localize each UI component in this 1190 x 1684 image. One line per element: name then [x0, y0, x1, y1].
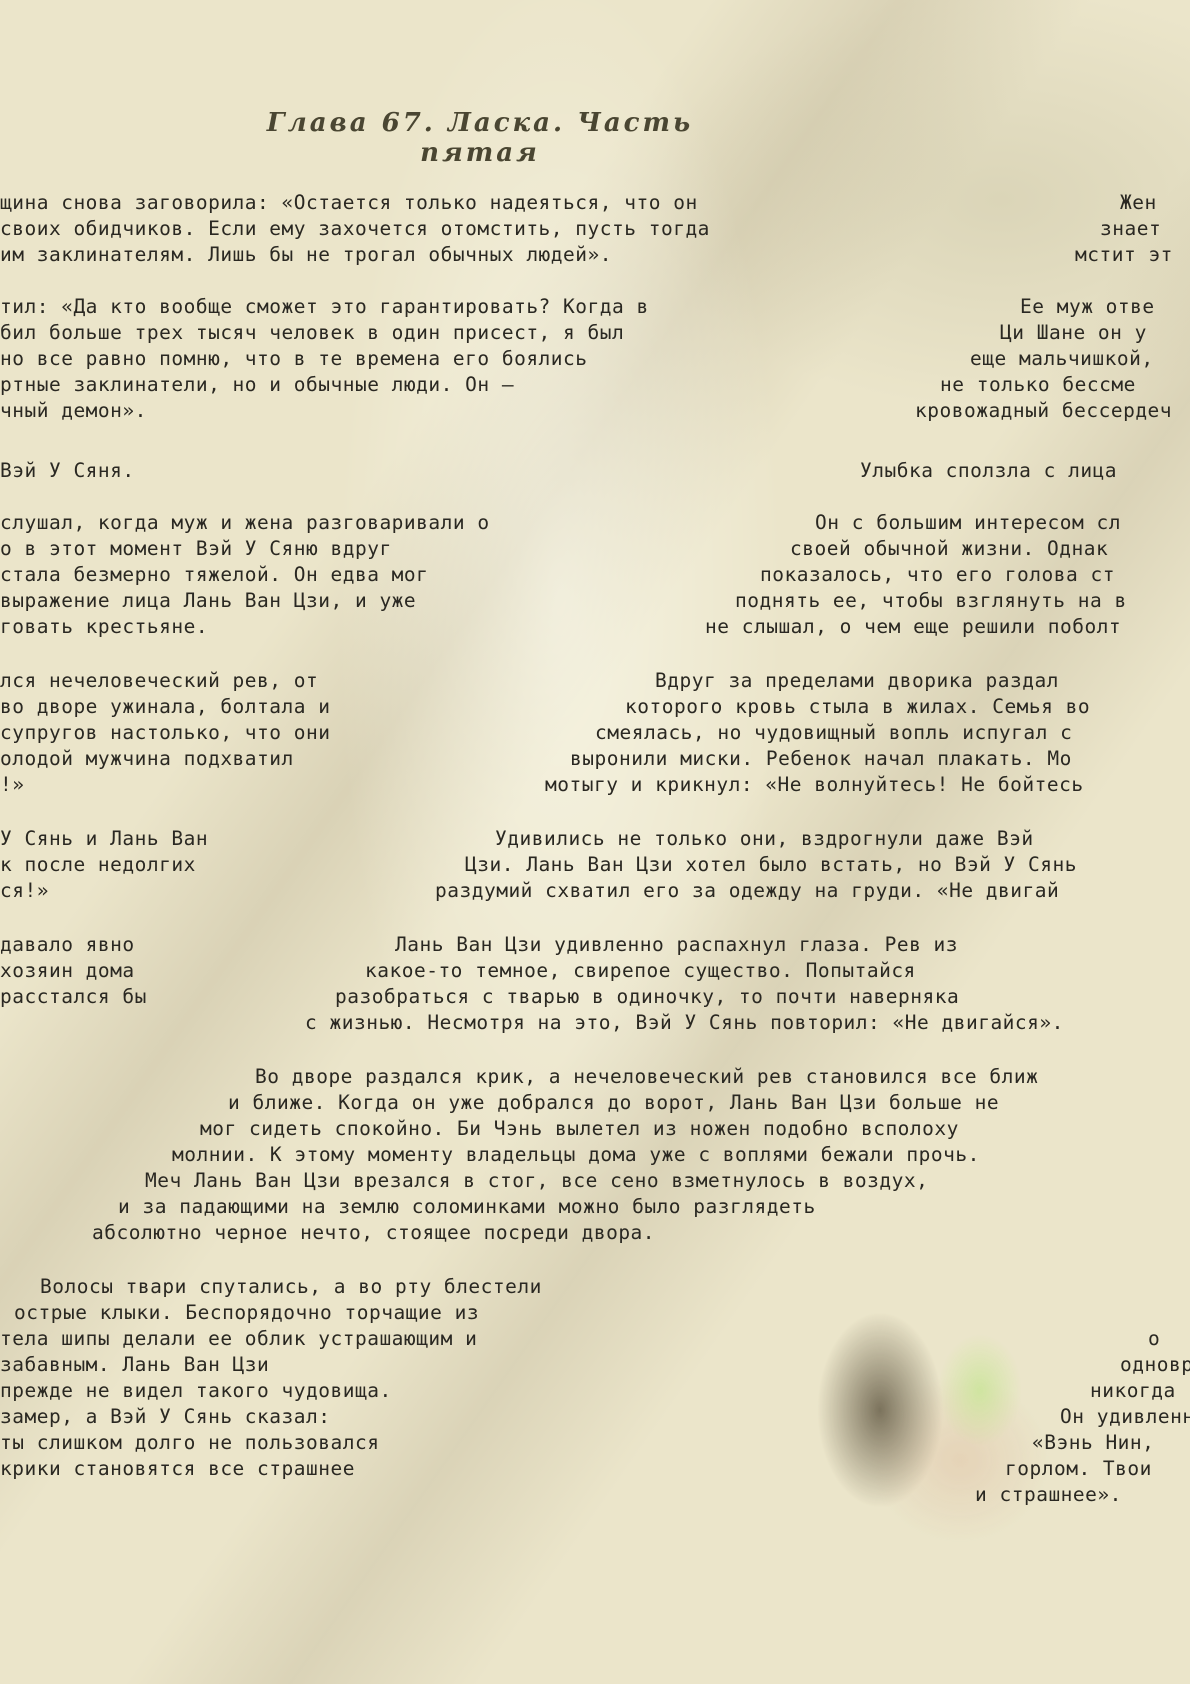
text-line: раздумий схватил его за одежду на груди.…: [435, 878, 1059, 904]
text-line: Цзи. Лань Ван Цзи хотел было встать, но …: [465, 852, 1077, 878]
text-line: мстит эт: [1075, 242, 1173, 268]
text-line: !»: [0, 772, 24, 798]
text-line: и за падающими на землю соломинками можн…: [118, 1194, 816, 1220]
text-line: чный демон».: [0, 398, 147, 424]
chapter-title: Глава 67. Ласка. Часть пятая: [220, 108, 740, 168]
text-line: молнии. К этому моменту владельцы дома у…: [172, 1142, 980, 1168]
text-line: Ее муж отве: [1020, 294, 1155, 320]
text-line: острые клыки. Беспорядочно торчащие из: [14, 1300, 479, 1326]
text-line: смеялась, но чудовищный вопль испугал с: [595, 720, 1072, 746]
text-line: своих обидчиков. Если ему захочется отом…: [0, 216, 710, 242]
text-line: лся нечеловеческий рев, от: [0, 668, 318, 694]
text-line: Удивились не только они, вздрогнули даже…: [495, 826, 1034, 852]
text-line: щина снова заговорила: «Остается только …: [0, 190, 698, 216]
text-line: абсолютно черное нечто, стоящее посреди …: [92, 1220, 655, 1246]
text-line: стала безмерно тяжелой. Он едва мог: [0, 562, 428, 588]
text-line: расстался бы: [0, 984, 147, 1010]
text-line: Жен: [1120, 190, 1157, 216]
text-line: какое-то темное, свирепое существо. Попы…: [365, 958, 916, 984]
text-line: о: [1148, 1326, 1160, 1352]
text-line: ты слишком долго не пользовался: [0, 1430, 379, 1456]
text-line: Вэй У Сяня.: [0, 458, 135, 484]
text-line: к после недолгих: [0, 852, 196, 878]
text-line: забавным. Лань Ван Цзи: [0, 1352, 269, 1378]
text-line: Он удивленно: [1060, 1404, 1190, 1430]
text-line: олодой мужчина подхватил: [0, 746, 294, 772]
text-line: Он с большим интересом сл: [815, 510, 1121, 536]
text-line: одновременно: [1120, 1352, 1190, 1378]
text-line: «Вэнь Нин,: [1032, 1430, 1154, 1456]
text-line: хозяин дома: [0, 958, 135, 984]
text-line: ся!»: [0, 878, 49, 904]
text-line: слушал, когда муж и жена разговаривали о: [0, 510, 490, 536]
text-line: тил: «Да кто вообще сможет это гарантиро…: [0, 294, 649, 320]
text-line: ртные заклинатели, но и обычные люди. Он…: [0, 372, 514, 398]
text-line: супругов настолько, что они: [0, 720, 330, 746]
text-line: тела шипы делали ее облик устрашающим и: [0, 1326, 477, 1352]
text-line: прежде не видел такого чудовища.: [0, 1378, 392, 1404]
text-line: показалось, что его голова ст: [760, 562, 1115, 588]
text-line: мог сидеть спокойно. Би Чэнь вылетел из …: [200, 1116, 959, 1142]
text-line: не слышал, о чем еще решили поболт: [705, 614, 1121, 640]
text-line: Во дворе раздался крик, а нечеловеческий…: [255, 1064, 1038, 1090]
text-line: разобраться с тварью в одиночку, то почт…: [335, 984, 959, 1010]
text-line: поднять ее, чтобы взглянуть на в: [735, 588, 1127, 614]
text-line: знает: [1100, 216, 1161, 242]
text-line: Меч Лань Ван Цзи врезался в стог, все се…: [145, 1168, 928, 1194]
text-line: мотыгу и крикнул: «Не волнуйтесь! Не бой…: [545, 772, 1084, 798]
text-line: выражение лица Лань Ван Цзи, и уже: [0, 588, 416, 614]
text-line: крики становятся все страшнее: [0, 1456, 355, 1482]
text-line: им заклинателям. Лишь бы не трогал обычн…: [0, 242, 612, 268]
text-line: своей обычной жизни. Однак: [790, 536, 1108, 562]
text-line: никогда: [1090, 1378, 1176, 1404]
text-line: с жизнью. Несмотря на это, Вэй У Сянь по…: [305, 1010, 1064, 1036]
text-line: о в этот момент Вэй У Сяню вдруг: [0, 536, 392, 562]
text-line: Ци Шане он у: [1000, 320, 1147, 346]
text-line: Улыбка сползла с лица: [860, 458, 1117, 484]
text-line: выронили миски. Ребенок начал плакать. М…: [570, 746, 1072, 772]
text-line: и ближе. Когда он уже добрался до ворот,…: [228, 1090, 999, 1116]
text-line: и страшнее».: [975, 1482, 1122, 1508]
text-line: но все равно помню, что в те времена его…: [0, 346, 588, 372]
text-line: замер, а Вэй У Сянь сказал:: [0, 1404, 330, 1430]
text-line: которого кровь стыла в жилах. Семья во: [625, 694, 1090, 720]
text-line: бил больше трех тысяч человек в один при…: [0, 320, 624, 346]
text-line: горлом. Твои: [1005, 1456, 1152, 1482]
text-line: говать крестьяне.: [0, 614, 208, 640]
text-line: У Сянь и Лань Ван: [0, 826, 208, 852]
text-line: Лань Ван Цзи удивленно распахнул глаза. …: [395, 932, 958, 958]
text-line: не только бессме: [940, 372, 1136, 398]
text-line: еще мальчишкой,: [970, 346, 1154, 372]
text-line: кровожадный бессердеч: [915, 398, 1172, 424]
text-line: давало явно: [0, 932, 135, 958]
text-line: во дворе ужинала, болтала и: [0, 694, 330, 720]
text-line: Вдруг за пределами дворика раздал: [655, 668, 1059, 694]
text-line: Волосы твари спутались, а во рту блестел…: [40, 1274, 542, 1300]
